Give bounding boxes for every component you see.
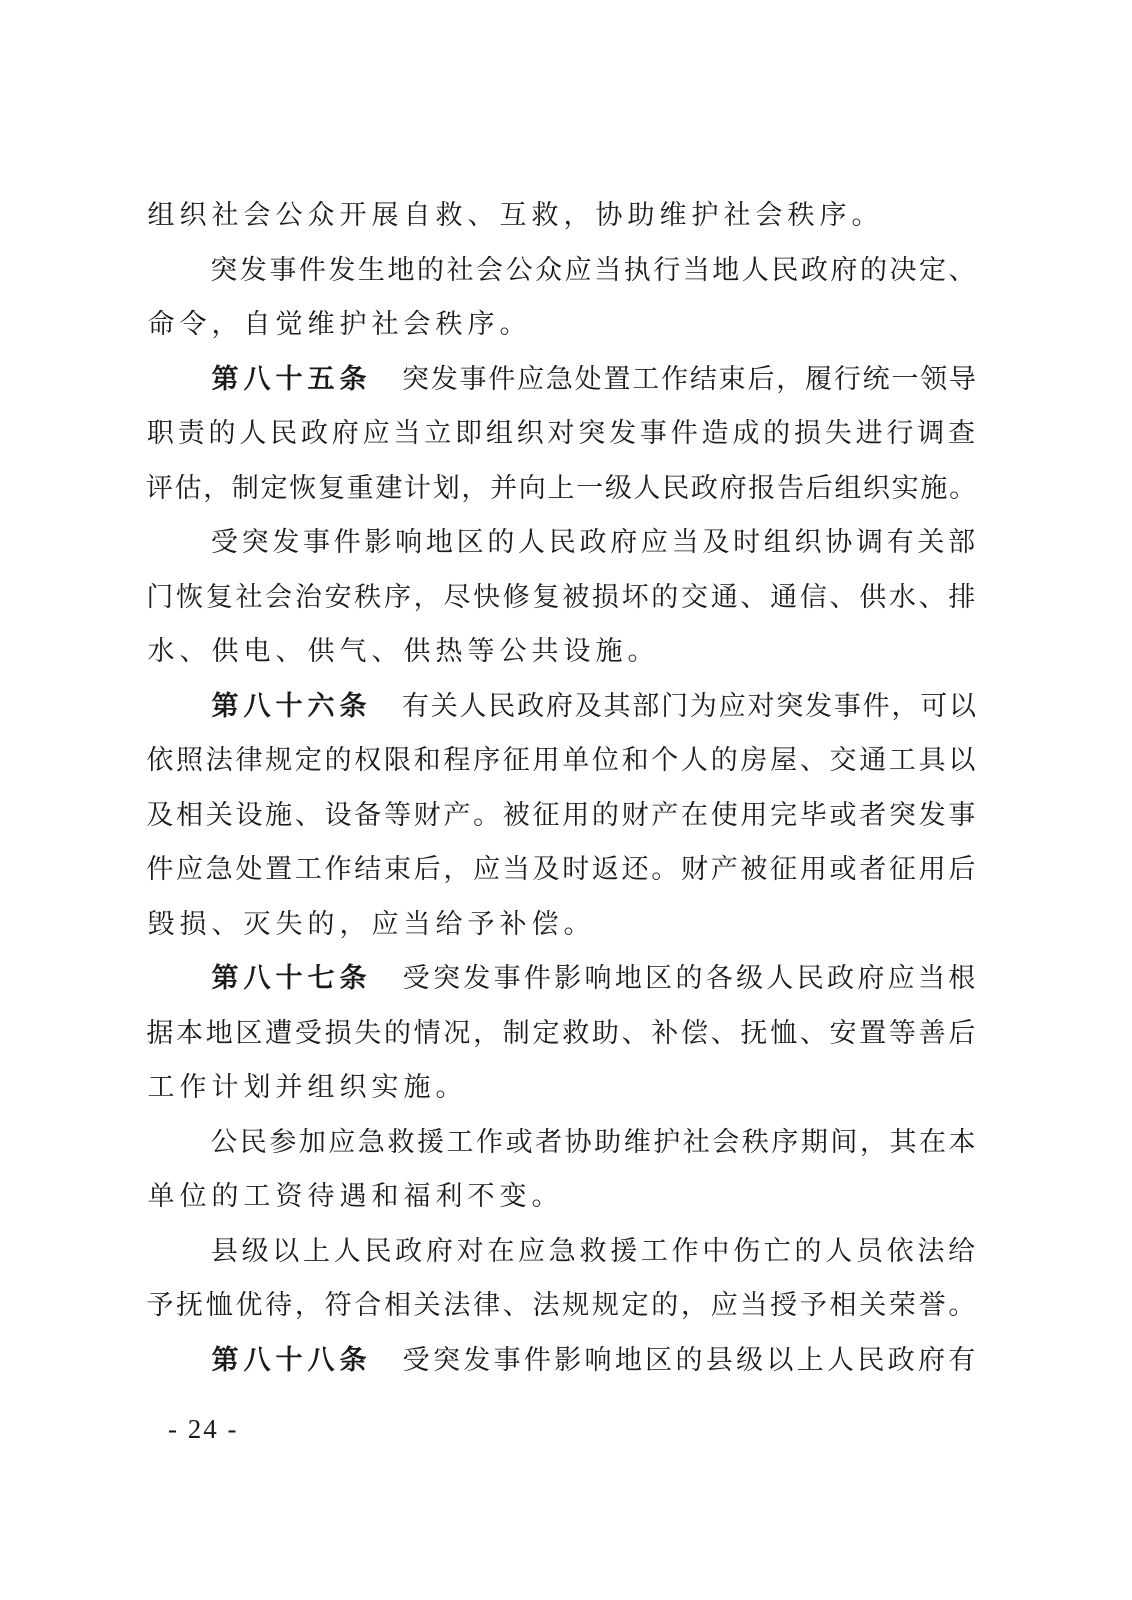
line-text: 工作计划并组织实施。 — [145, 1072, 465, 1103]
page-number: - 24 - — [168, 1414, 238, 1445]
line-text: 门恢复社会治安秩序，尽快修复被损坏的交通、通信、供水、排 — [145, 582, 977, 613]
line-text: 职责的人民政府应当立即组织对突发事件造成的损失进行调查 — [145, 418, 977, 449]
text-line: 突发事件发生地的社会公众应当执行当地人民政府的决定、 — [209, 251, 977, 291]
text-line: 命令，自觉维护社会秩序。 — [145, 305, 529, 345]
line-text: 命令，自觉维护社会秩序。 — [145, 309, 529, 340]
text-line: 职责的人民政府应当立即组织对突发事件造成的损失进行调查 — [145, 414, 977, 454]
article-line: 第八十七条 受突发事件影响地区的各级人民政府应当根 — [209, 959, 977, 999]
line-text: 组织社会公众开展自救、互救，协助维护社会秩序。 — [145, 200, 881, 231]
line-text: 依照法律规定的权限和程序征用单位和个人的房屋、交通工具以 — [145, 745, 977, 776]
text-line: 毁损、灭失的，应当给予补偿。 — [145, 905, 593, 945]
text-line: 县级以上人民政府对在应急救援工作中伤亡的人员依法给 — [209, 1232, 977, 1272]
line-text: 突发事件应急处置工作结束后，履行统一领导 — [401, 364, 977, 395]
line-text: 突发事件发生地的社会公众应当执行当地人民政府的决定、 — [209, 255, 977, 286]
text-line: 组织社会公众开展自救、互救，协助维护社会秩序。 — [145, 196, 881, 236]
article-line: 第八十五条 突发事件应急处置工作结束后，履行统一领导 — [209, 360, 977, 400]
line-text: 毁损、灭失的，应当给予补偿。 — [145, 909, 593, 940]
line-text: 受突发事件影响地区的各级人民政府应当根 — [401, 963, 977, 994]
text-line: 予抚恤优待，符合相关法律、法规规定的，应当授予相关荣誉。 — [145, 1286, 977, 1326]
line-text: 有关人民政府及其部门为应对突发事件，可以 — [401, 691, 977, 722]
line-text: 公民参加应急救援工作或者协助维护社会秩序期间，其在本 — [209, 1127, 977, 1158]
text-line: 工作计划并组织实施。 — [145, 1068, 465, 1108]
text-line: 及相关设施、设备等财产。被征用的财产在使用完毕或者突发事 — [145, 796, 977, 836]
article-heading: 第八十五条 — [209, 364, 369, 395]
line-text: 据本地区遭受损失的情况，制定救助、补偿、抚恤、安置等善后 — [145, 1018, 977, 1049]
article-line: 第八十六条 有关人民政府及其部门为应对突发事件，可以 — [209, 687, 977, 727]
line-text: 水、供电、供气、供热等公共设施。 — [145, 636, 657, 667]
line-text: 予抚恤优待，符合相关法律、法规规定的，应当授予相关荣誉。 — [145, 1290, 977, 1321]
article-heading: 第八十六条 — [209, 691, 369, 722]
line-text: 件应急处置工作结束后，应当及时返还。财产被征用或者征用后 — [145, 854, 977, 885]
text-line: 件应急处置工作结束后，应当及时返还。财产被征用或者征用后 — [145, 850, 977, 890]
text-line: 单位的工资待遇和福利不变。 — [145, 1177, 561, 1217]
text-line: 据本地区遭受损失的情况，制定救助、补偿、抚恤、安置等善后 — [145, 1014, 977, 1054]
line-text: 受突发事件影响地区的县级以上人民政府有 — [401, 1345, 977, 1376]
line-text: 县级以上人民政府对在应急救援工作中伤亡的人员依法给 — [209, 1236, 977, 1267]
article-heading: 第八十八条 — [209, 1345, 369, 1376]
line-text: 单位的工资待遇和福利不变。 — [145, 1181, 561, 1212]
text-line: 门恢复社会治安秩序，尽快修复被损坏的交通、通信、供水、排 — [145, 578, 977, 618]
article-line: 第八十八条 受突发事件影响地区的县级以上人民政府有 — [209, 1341, 977, 1381]
text-line: 依照法律规定的权限和程序征用单位和个人的房屋、交通工具以 — [145, 741, 977, 781]
line-text: 评估，制定恢复重建计划，并向上一级人民政府报告后组织实施。 — [145, 473, 977, 504]
line-text: 受突发事件影响地区的人民政府应当及时组织协调有关部 — [209, 527, 977, 558]
line-text: 及相关设施、设备等财产。被征用的财产在使用完毕或者突发事 — [145, 800, 977, 831]
article-heading: 第八十七条 — [209, 963, 369, 994]
text-line: 公民参加应急救援工作或者协助维护社会秩序期间，其在本 — [209, 1123, 977, 1163]
text-line: 受突发事件影响地区的人民政府应当及时组织协调有关部 — [209, 523, 977, 563]
text-line: 水、供电、供气、供热等公共设施。 — [145, 632, 657, 672]
text-line: 评估，制定恢复重建计划，并向上一级人民政府报告后组织实施。 — [145, 469, 977, 509]
